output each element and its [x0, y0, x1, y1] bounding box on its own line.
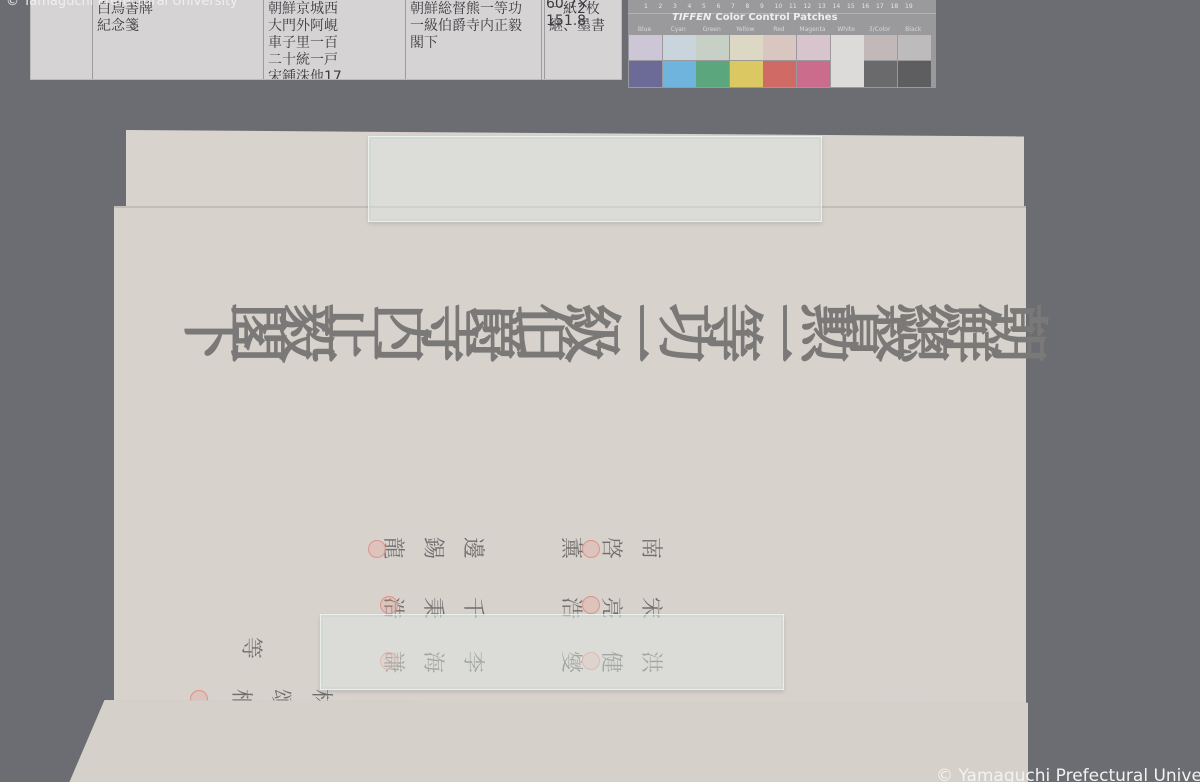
ruler-tick: 6: [717, 3, 721, 10]
signatory-char: 等: [240, 635, 266, 661]
color-patch: [629, 61, 662, 87]
main-address-text: 朝鮮總督勲一等功一級伯爵寺内正毅閣下: [160, 290, 1060, 376]
patch-label: 3/Color: [863, 26, 896, 33]
patch-labels: BlueCyanGreenYellowRedMagentaWhite3/Colo…: [628, 26, 936, 35]
ruler-tick: 9: [760, 3, 764, 10]
brand-logo: TIFFEN: [672, 12, 711, 23]
color-patch: [898, 35, 931, 60]
color-control-chart: 12345678910111213141516171819 TIFFENColo…: [628, 0, 936, 88]
color-patch: [663, 35, 696, 60]
ruler-tick: 1: [644, 3, 648, 10]
signatory-char: 錫: [422, 535, 448, 561]
ruler-tick: 8: [746, 3, 750, 10]
chart-title-text: Color Control Patches: [715, 12, 837, 23]
patch-label: White: [830, 26, 863, 33]
color-patch: [663, 61, 696, 87]
copyright-text: © Yamaguchi Prefectural University: [936, 766, 1200, 782]
ruler-tick: 17: [876, 3, 884, 10]
ruler-tick: 14: [833, 3, 841, 10]
color-patch: [831, 35, 864, 87]
color-patch: [763, 61, 796, 87]
ruler-tick: 11: [789, 3, 797, 10]
ruler-tick: 7: [731, 3, 735, 10]
catalog-cell-sender: 朝鮮京城西 大門外阿峴 車子里一百 二十統一戸 宋鍾洙他17: [264, 0, 406, 79]
patch-label: Black: [897, 26, 930, 33]
ruler-tick: 16: [862, 3, 870, 10]
ruler-tick: 19: [905, 3, 913, 10]
ruler-tick: 12: [804, 3, 812, 10]
ruler-tick: 2: [659, 3, 663, 10]
color-patch: [696, 61, 729, 87]
chart-title: TIFFENColor Control Patches: [672, 12, 838, 23]
ruler-tick: 15: [847, 3, 855, 10]
color-patch: [730, 61, 763, 87]
patch-label: Cyan: [662, 26, 695, 33]
glass-weight-top: [368, 136, 822, 222]
catalog-cell-number: [31, 0, 93, 79]
watermark-top: © Yamaguchi Prefectural University: [6, 0, 238, 9]
catalog-cell-recipient: 朝鮮総督熊一等功 一級伯爵寺内正毅 閣下: [406, 0, 545, 79]
color-patch: [797, 61, 830, 87]
ruler-tick: 13: [818, 3, 826, 10]
catalog-cell-title: 白鳥書牌 紀念箋: [93, 0, 264, 79]
catalog-cell-size: 60.7× 151.8: [541, 0, 630, 80]
patch-label: Yellow: [729, 26, 762, 33]
color-patch: [898, 61, 931, 87]
color-patch: [797, 35, 830, 60]
signatory-char: 南: [640, 535, 666, 561]
red-seal-stamp: [380, 596, 398, 614]
paper-lower-sheet: [66, 700, 1028, 782]
color-patch: [864, 35, 897, 60]
red-seal-stamp: [582, 540, 600, 558]
color-patch: [696, 35, 729, 60]
patch-label: Magenta: [796, 26, 829, 33]
color-patch: [730, 35, 763, 60]
color-patch: [864, 61, 897, 87]
ruler-tick: 10: [775, 3, 783, 10]
color-patch: [763, 35, 796, 60]
signatory-char: 邊: [462, 535, 488, 561]
main-text-char: 下: [172, 301, 258, 365]
patch-label: Green: [695, 26, 728, 33]
catalog-label-card: 白鳥書牌 紀念箋 朝鮮京城西 大門外阿峴 車子里一百 二十統一戸 宋鍾洙他17 …: [30, 0, 622, 80]
ruler-tick: 4: [688, 3, 692, 10]
patch-label: Blue: [628, 26, 661, 33]
patch-label: Red: [762, 26, 795, 33]
glass-weight-bottom: [320, 614, 784, 690]
color-patch: [629, 35, 662, 60]
ruler-tick: 18: [891, 3, 899, 10]
red-seal-stamp: [582, 596, 600, 614]
signatory-char: 啓: [600, 535, 626, 561]
ruler-tick: 3: [673, 3, 677, 10]
red-seal-stamp: [368, 540, 386, 558]
ruler-tick: 5: [702, 3, 706, 10]
